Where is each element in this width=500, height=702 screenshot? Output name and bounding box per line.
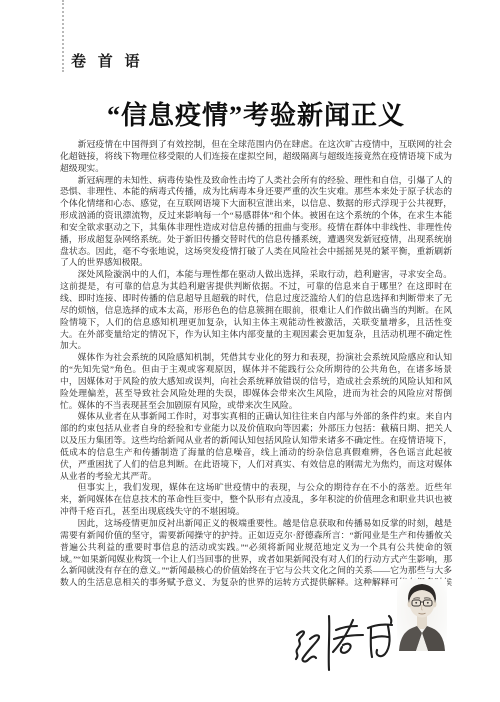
portrait-ear-right [433,601,437,608]
signature-stroke-zhang-right [302,635,319,661]
portrait-eye-left [415,602,417,604]
paragraph-3: 深处风险漩涡中的人们，本能与理性都在驱动人做出选择，采取行动，趋利避害，寻求安全… [60,269,452,352]
signature-stroke-fu-left [371,628,372,657]
signature-stroke-tao-mid [334,635,363,639]
signature-stroke-fu-right-curl [377,626,390,656]
section-label: 卷 首 语 [71,50,144,71]
portrait-ear-left [408,601,412,608]
paragraph-6: 但事实上，我们发现，媒体在这场旷世疫情中的表现，与公众的期待存在不小的落差。近些… [60,482,452,518]
author-signature [283,612,401,676]
signature-stroke-fu-inner [372,636,388,638]
paragraph-1: 新冠疫情在中国得到了有效控制，但在全球范围内仍在肆虐。在这次旷古疫情中，互联网的… [60,139,452,175]
paragraph-5: 媒体从业者在从事新闻工作时，对事实真相的正确认知往往来自内部与外部的条件约束。来… [60,411,452,482]
article-body: 新冠疫情在中国得到了有效控制，但在全球范围内仍在肆虐。在这次旷古疫情中，互联网的… [60,139,452,586]
signature-stroke-fu-tick [389,616,391,623]
author-photo [397,579,447,651]
signature-stroke-vertical-bar [329,616,330,670]
vertical-dotted-rule [62,0,64,72]
paragraph-7: 因此，这场疫情更加反衬出新闻正义的极端重要性。越是信息获取和传播易如反掌的时刻，… [60,518,452,586]
signature-stroke-tao-top [336,626,357,630]
signature-stroke-zhang-left [296,631,304,659]
signature-stroke-tao-loop [341,644,351,653]
portrait-eye-right [427,602,429,604]
paragraph-4: 媒体作为社会系统的风险感知机制，凭借其专业化的努力和表现，扮演社会系统风险感应和… [60,352,452,411]
article-title: “信息疫情”考验新闻正义 [60,95,452,132]
magazine-foreword-page: 卷 首 语 “信息疫情”考验新闻正义 新冠疫情在中国得到了有效控制，但在全球范围… [0,0,500,702]
paragraph-2: 新冠病理的未知性、病毒传染性及致命性击垮了人类社会所有的经验、理性和自信，引爆了… [60,175,452,270]
